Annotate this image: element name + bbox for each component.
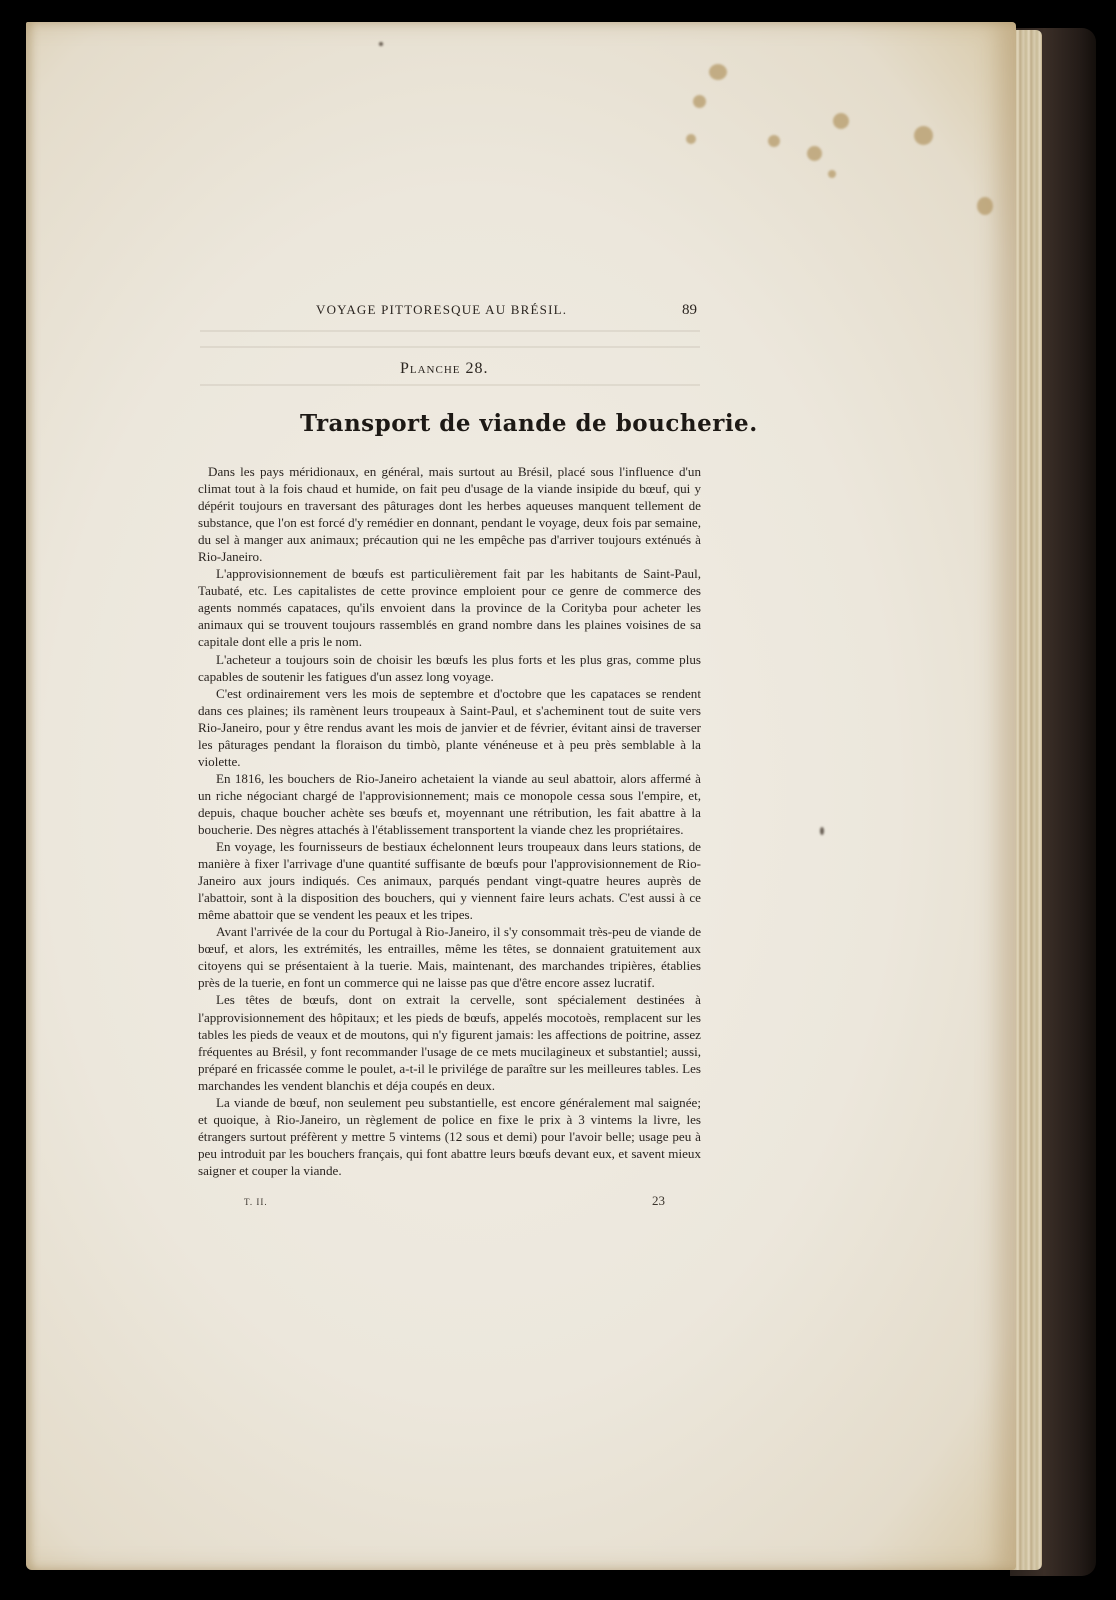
foxing-spot: [977, 197, 993, 215]
foxing-spot: [914, 126, 933, 145]
paragraph: Dans les pays méridionaux, en général, m…: [198, 463, 701, 565]
page-number: 89: [682, 302, 697, 319]
foxing-spot: [828, 170, 836, 178]
show-through: [200, 384, 700, 386]
foxing-spot: [768, 135, 780, 147]
page-title: Transport de viande de boucherie.: [300, 410, 758, 437]
running-head: VOYAGE PITTORESQUE AU BRÉSIL.: [316, 302, 567, 318]
foxing-spot: [709, 64, 727, 80]
paragraph: Avant l'arrivée de la cour du Portugal à…: [198, 923, 701, 991]
foxing-spot: [833, 113, 849, 129]
foxing-spot: [693, 95, 706, 108]
paragraph: C'est ordinairement vers les mois de sep…: [198, 685, 701, 770]
foxing-spot: [807, 146, 822, 161]
foxing-spot: [686, 134, 696, 144]
paragraph: L'approvisionnement de bœufs est particu…: [198, 565, 701, 650]
paragraph: En 1816, les bouchers de Rio-Janeiro ach…: [198, 770, 701, 838]
paragraph: Les têtes de bœufs, dont on extrait la c…: [198, 991, 701, 1093]
plate-label: Planche 28.: [400, 360, 489, 378]
footer-signature: T. II.: [244, 1197, 268, 1207]
paragraph: L'acheteur a toujours soin de choisir le…: [198, 651, 701, 685]
show-through: [200, 330, 700, 332]
paragraph: En voyage, les fournisseurs de bestiaux …: [198, 838, 701, 923]
body-text: Dans les pays méridionaux, en général, m…: [198, 463, 701, 1179]
paragraph: La viande de bœuf, non seulement peu sub…: [198, 1094, 701, 1179]
foxing-spot: [379, 42, 383, 46]
show-through: [200, 346, 700, 348]
foxing-spot: [820, 827, 824, 835]
footer-gathering-mark: 23: [652, 1193, 665, 1209]
